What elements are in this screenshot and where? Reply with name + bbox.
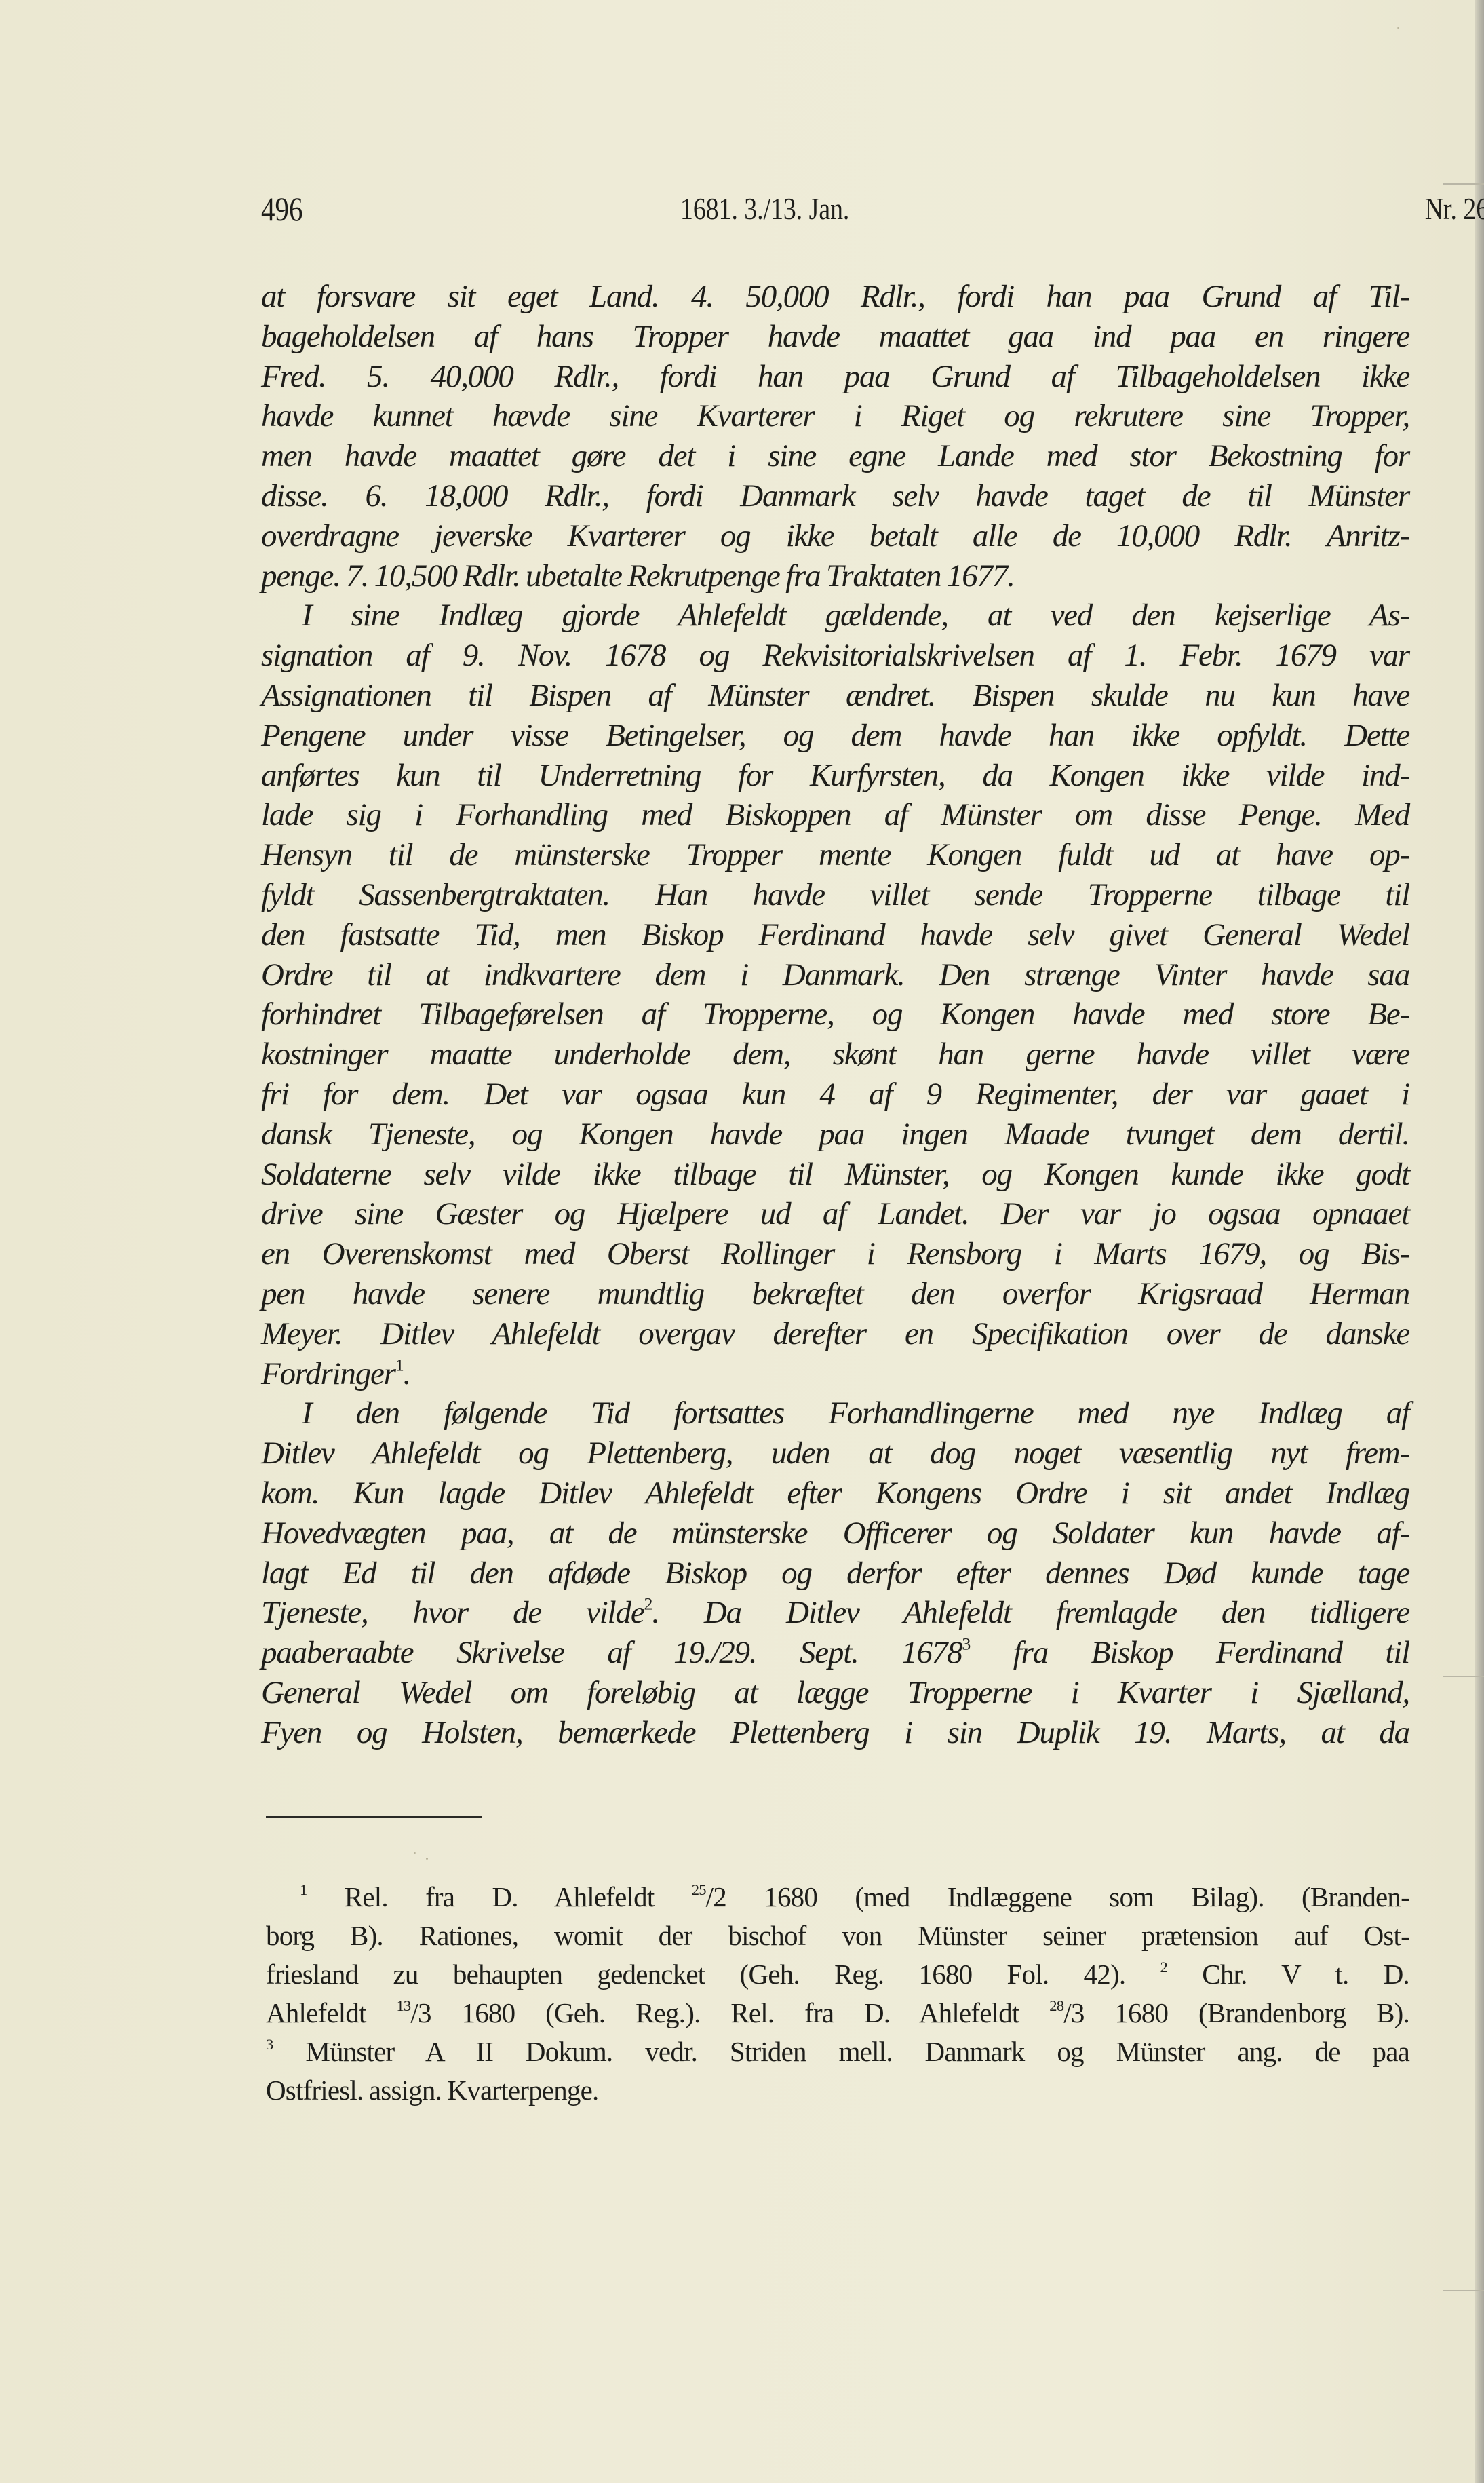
footnote-line: friesland zu behaupten gedencket (Geh. R… (266, 1955, 1409, 1994)
fraction-numerator: 28 (1049, 1997, 1063, 2014)
text-line: Tjeneste, hvor de vilde2. Da Ditlev Ahle… (261, 1593, 1409, 1633)
footnotes: 1 Rel. fra D. Ahlefeldt 25/2 1680 (med I… (266, 1878, 1409, 2110)
text-segment: Ahlefeldt (266, 1997, 396, 2028)
text-line: lagt Ed til den afdøde Biskop og derfor … (261, 1554, 1409, 1594)
footnote-line: Ahlefeldt 13/3 1680 (Geh. Reg.). Rel. fr… (266, 1994, 1409, 2033)
footnote-line: 1 Rel. fra D. Ahlefeldt 25/2 1680 (med I… (266, 1878, 1409, 1917)
text-segment: friesland zu behaupten gedencket (Geh. R… (266, 1959, 1125, 1990)
text-line: kostninger maatte underholde dem, skønt … (261, 1035, 1409, 1075)
body-text: at forsvare sit eget Land. 4. 50,000 Rdl… (261, 277, 1409, 1752)
fraction-numerator: 25 (692, 1881, 706, 1898)
footnote-marker-2: 2 (1160, 1959, 1167, 1976)
text-line: Hensyn til de münsterske Tropper mente K… (261, 835, 1409, 875)
text-line: bageholdelsen af hans Tropper havde maat… (261, 317, 1409, 357)
text-line: overdragne jeverske Kvarterer og ikke be… (261, 516, 1409, 556)
edge-mark (1443, 1676, 1484, 1677)
paper-speck (1397, 27, 1399, 29)
fordringer-word: Fordringer (261, 1356, 395, 1391)
text-line: disse. 6. 18,000 Rdlr., fordi Danmark se… (261, 476, 1409, 516)
text-line: dansk Tjeneste, og Kongen havde paa inge… (261, 1115, 1409, 1155)
text-line: men havde maattet gøre det i sine egne L… (261, 436, 1409, 476)
text-line: havde kunnet hævde sine Kvarterer i Rige… (261, 396, 1409, 436)
text-line: Assignationen til Bispen af Münster ændr… (261, 676, 1409, 716)
text-segment: fra Biskop Ferdinand til (970, 1635, 1409, 1670)
text-line: Soldaterne selv vilde ikke tilbage til M… (261, 1155, 1409, 1195)
edge-mark (1443, 183, 1484, 185)
footnote-ref-2[interactable]: 2 (644, 1594, 652, 1614)
fraction-numerator: 13 (396, 1997, 410, 2014)
text-line: Hovedvægten paa, at de münsterske Office… (261, 1514, 1409, 1554)
text-line: Fred. 5. 40,000 Rdlr., fordi han paa Gru… (261, 357, 1409, 397)
footnote-line: Ostfriesl. assign. Kvarterpenge. (266, 2071, 1409, 2110)
text-line: paaberaabte Skrivelse af 19./29. Sept. 1… (261, 1633, 1409, 1673)
paper-speck (426, 1858, 428, 1860)
paper-speck (414, 1852, 416, 1854)
text-line: signation af 9. Nov. 1678 og Rekvisitori… (261, 636, 1409, 676)
text-line: fri for dem. Det var ogsaa kun 4 af 9 Re… (261, 1075, 1409, 1115)
text-segment: 1680 (Geh. Reg.). Rel. fra D. Ahlefeldt (431, 1997, 1050, 2028)
footnote-marker-3: 3 (266, 2036, 273, 2053)
text-segment: . Da Ditlev Ahlefeldt fremlagde den tidl… (652, 1595, 1409, 1630)
text-line: den fastsatte Tid, men Biskop Ferdinand … (261, 915, 1409, 955)
scanned-page: 496 1681. 3./13. Jan. Nr. 26. at forsvar… (0, 0, 1484, 2483)
footnote-separator-rule (266, 1816, 482, 1818)
text-line: fyldt Sassenbergtraktaten. Han havde vil… (261, 875, 1409, 915)
text-segment: Münster A II Dokum. vedr. Striden mell. … (305, 2036, 1409, 2067)
footnote-line: 3 Münster A II Dokum. vedr. Striden mell… (266, 2033, 1409, 2071)
text-line: Ditlev Ahlefeldt og Plettenberg, uden at… (261, 1433, 1409, 1474)
text-segment: Rel. fra D. Ahlefeldt (345, 1881, 692, 1912)
text-line: en Overenskomst med Oberst Rollinger i R… (261, 1234, 1409, 1274)
paragraph-start-line: I sine Indlæg gjorde Ahlefeldt gældende,… (261, 596, 1409, 636)
text-line: anførtes kun til Underretning for Kurfyr… (261, 756, 1409, 796)
text-line: Fordringer1. (261, 1354, 1409, 1394)
text-line: pen havde senere mundtlig bekræftet den … (261, 1274, 1409, 1314)
footnote-line: borg B). Rationes, womit der bischof von… (266, 1917, 1409, 1955)
fraction-denominator: /3 (1063, 1997, 1084, 2028)
running-header: 496 1681. 3./13. Jan. Nr. 26. (261, 189, 1409, 229)
text-line: at forsvare sit eget Land. 4. 50,000 Rdl… (261, 277, 1409, 317)
text-line: Ordre til at indkvartere dem i Danmark. … (261, 955, 1409, 995)
text-segment: Chr. V t. D. (1202, 1959, 1409, 1990)
text-line: Meyer. Ditlev Ahlefeldt overgav derefter… (261, 1314, 1409, 1354)
fraction-denominator: /2 (706, 1881, 726, 1912)
text-segment: 1680 (Brandenborg B). (1085, 1997, 1409, 2028)
text-line: forhindret Tilbageførelsen af Tropperne,… (261, 995, 1409, 1035)
text-line: lade sig i Forhandling med Biskoppen af … (261, 795, 1409, 835)
text-line: kom. Kun lagde Ditlev Ahlefeldt efter Ko… (261, 1474, 1409, 1514)
punctuation: . (404, 1356, 411, 1391)
edge-mark (1443, 2290, 1484, 2291)
text-line: penge. 7. 10,500 Rdlr. ubetalte Rekrutpe… (261, 556, 1409, 596)
page-edge-shadow (1475, 0, 1484, 2483)
text-line: Fyen og Holsten, bemærkede Plettenberg i… (261, 1713, 1409, 1753)
text-line: Pengene under visse Betingelser, og dem … (261, 716, 1409, 756)
text-segment: 1680 (med Indlæggene som Bilag). (Brande… (726, 1881, 1409, 1912)
footnote-ref-3[interactable]: 3 (962, 1634, 970, 1654)
paragraph-start-line: I den følgende Tid fortsattes Forhandlin… (261, 1393, 1409, 1433)
fraction-denominator: /3 (410, 1997, 431, 2028)
text-segment: paaberaabte Skrivelse af 19./29. Sept. 1… (261, 1635, 962, 1670)
text-segment: Tjeneste, hvor de vilde (261, 1595, 644, 1630)
footnote-marker-1: 1 (300, 1881, 307, 1898)
footnote-ref-1[interactable]: 1 (395, 1355, 404, 1374)
text-line: General Wedel om foreløbig at lægge Trop… (261, 1673, 1409, 1713)
text-line: drive sine Gæster og Hjælpere ud af Land… (261, 1194, 1409, 1234)
